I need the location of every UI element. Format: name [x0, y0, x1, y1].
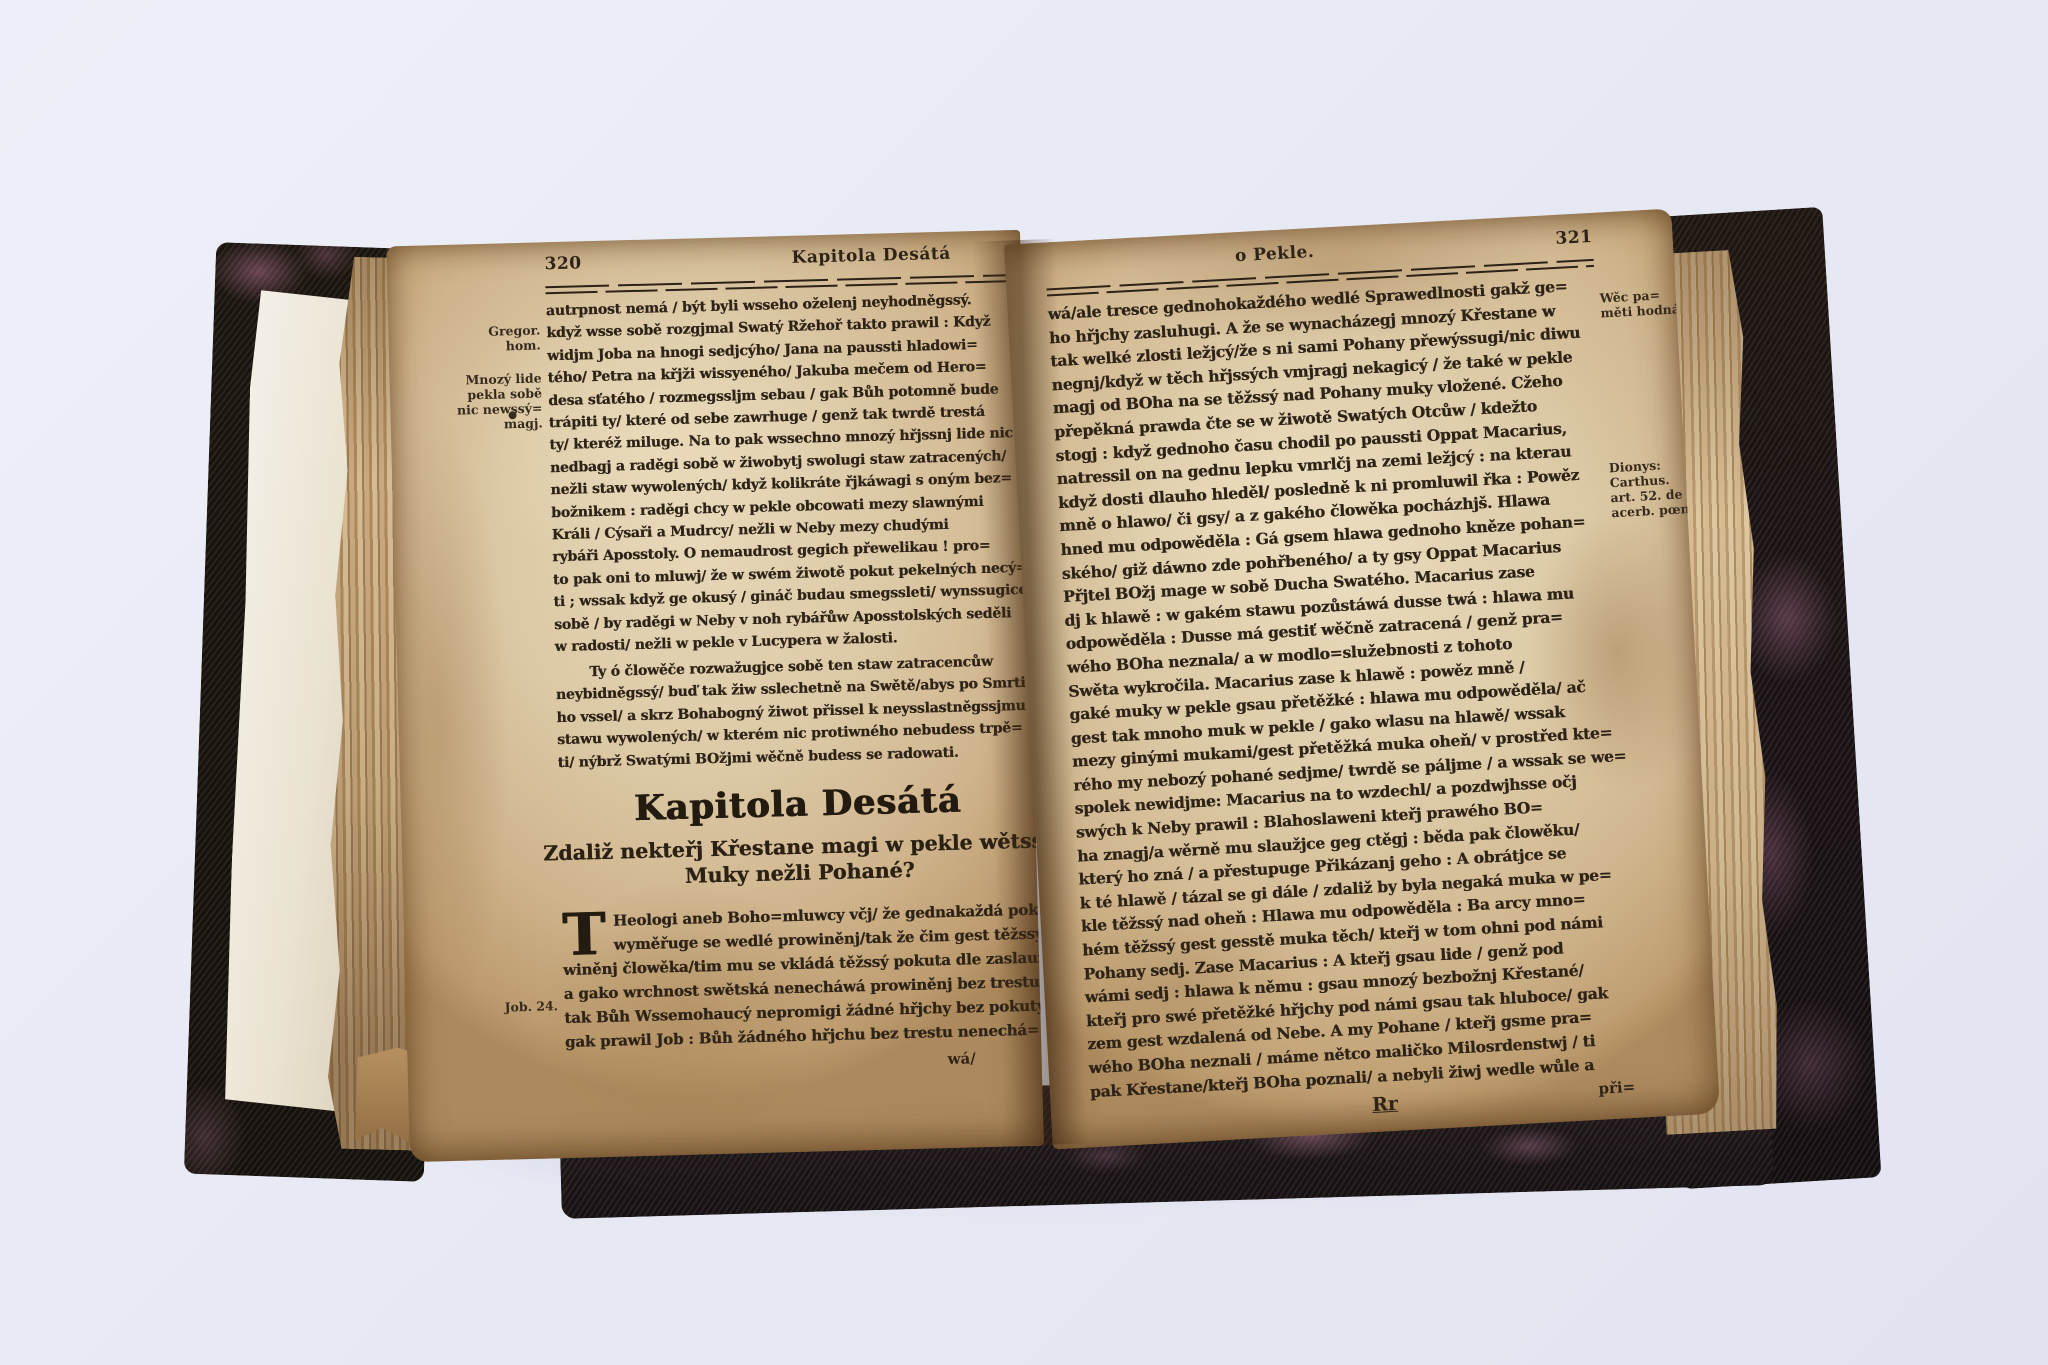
chapter-subtitle: Zdaliž nekteřj Křestane magi w pekle wět…	[482, 826, 1044, 895]
drop-cap-initial: T	[562, 911, 606, 958]
margin-note: Gregor.hom.	[428, 322, 541, 355]
text-line: magj.	[419, 415, 543, 433]
running-title: Kapitola Desátá	[791, 244, 951, 268]
right-page: o Pekle. 321 Wěc pa=měti hodná Dionys:Ca…	[1004, 209, 1720, 1150]
catchword: wá/	[947, 1049, 976, 1068]
text-line: Job. 24.	[442, 998, 558, 1016]
right-page-body: wá/ale tresce gednohokaždého wedlé Spraw…	[1047, 273, 1638, 1104]
text-line: hom.	[429, 337, 541, 355]
margin-note: Mnozý lidepekla soběnic newssý=magj.	[417, 370, 543, 433]
running-title: o Pekle.	[1234, 242, 1314, 266]
margin-note: Dionys:Carthus.art. 52. deacerb. pœn.	[1609, 456, 1686, 520]
left-page-paragraph-3: T Heologi aneb Boho=mluwcy včj/ že gedna…	[562, 898, 1028, 1054]
left-page-paragraph-2: Ty ó člowěče rozwažugjce sobě ten staw z…	[555, 650, 1020, 774]
chapter-heading: Kapitola Desátá	[480, 776, 1043, 834]
left-page-header: 320 Kapitola Desátá	[544, 242, 1006, 274]
text-line: měti hodná	[1600, 302, 1675, 321]
margin-note: Job. 24.	[442, 998, 558, 1016]
page-number: 320	[544, 253, 582, 274]
paragraph-3-lines: Heologi aneb Boho=mluwcy včj/ že gednaka…	[562, 898, 1028, 1054]
text-line: acerb. pœn.	[1611, 501, 1686, 520]
page-number: 321	[1555, 227, 1593, 249]
photo-of-open-antique-book: 320 Kapitola Desátá Gregor.hom. Mnozý li…	[0, 0, 2048, 1365]
left-page-paragraph-1: autrpnost nemá / být byli wsseho oželenj…	[546, 288, 1017, 658]
left-page: 320 Kapitola Desátá Gregor.hom. Mnozý li…	[386, 230, 1044, 1162]
margin-note: Wěc pa=měti hodná	[1599, 287, 1675, 321]
stain	[386, 404, 516, 1027]
